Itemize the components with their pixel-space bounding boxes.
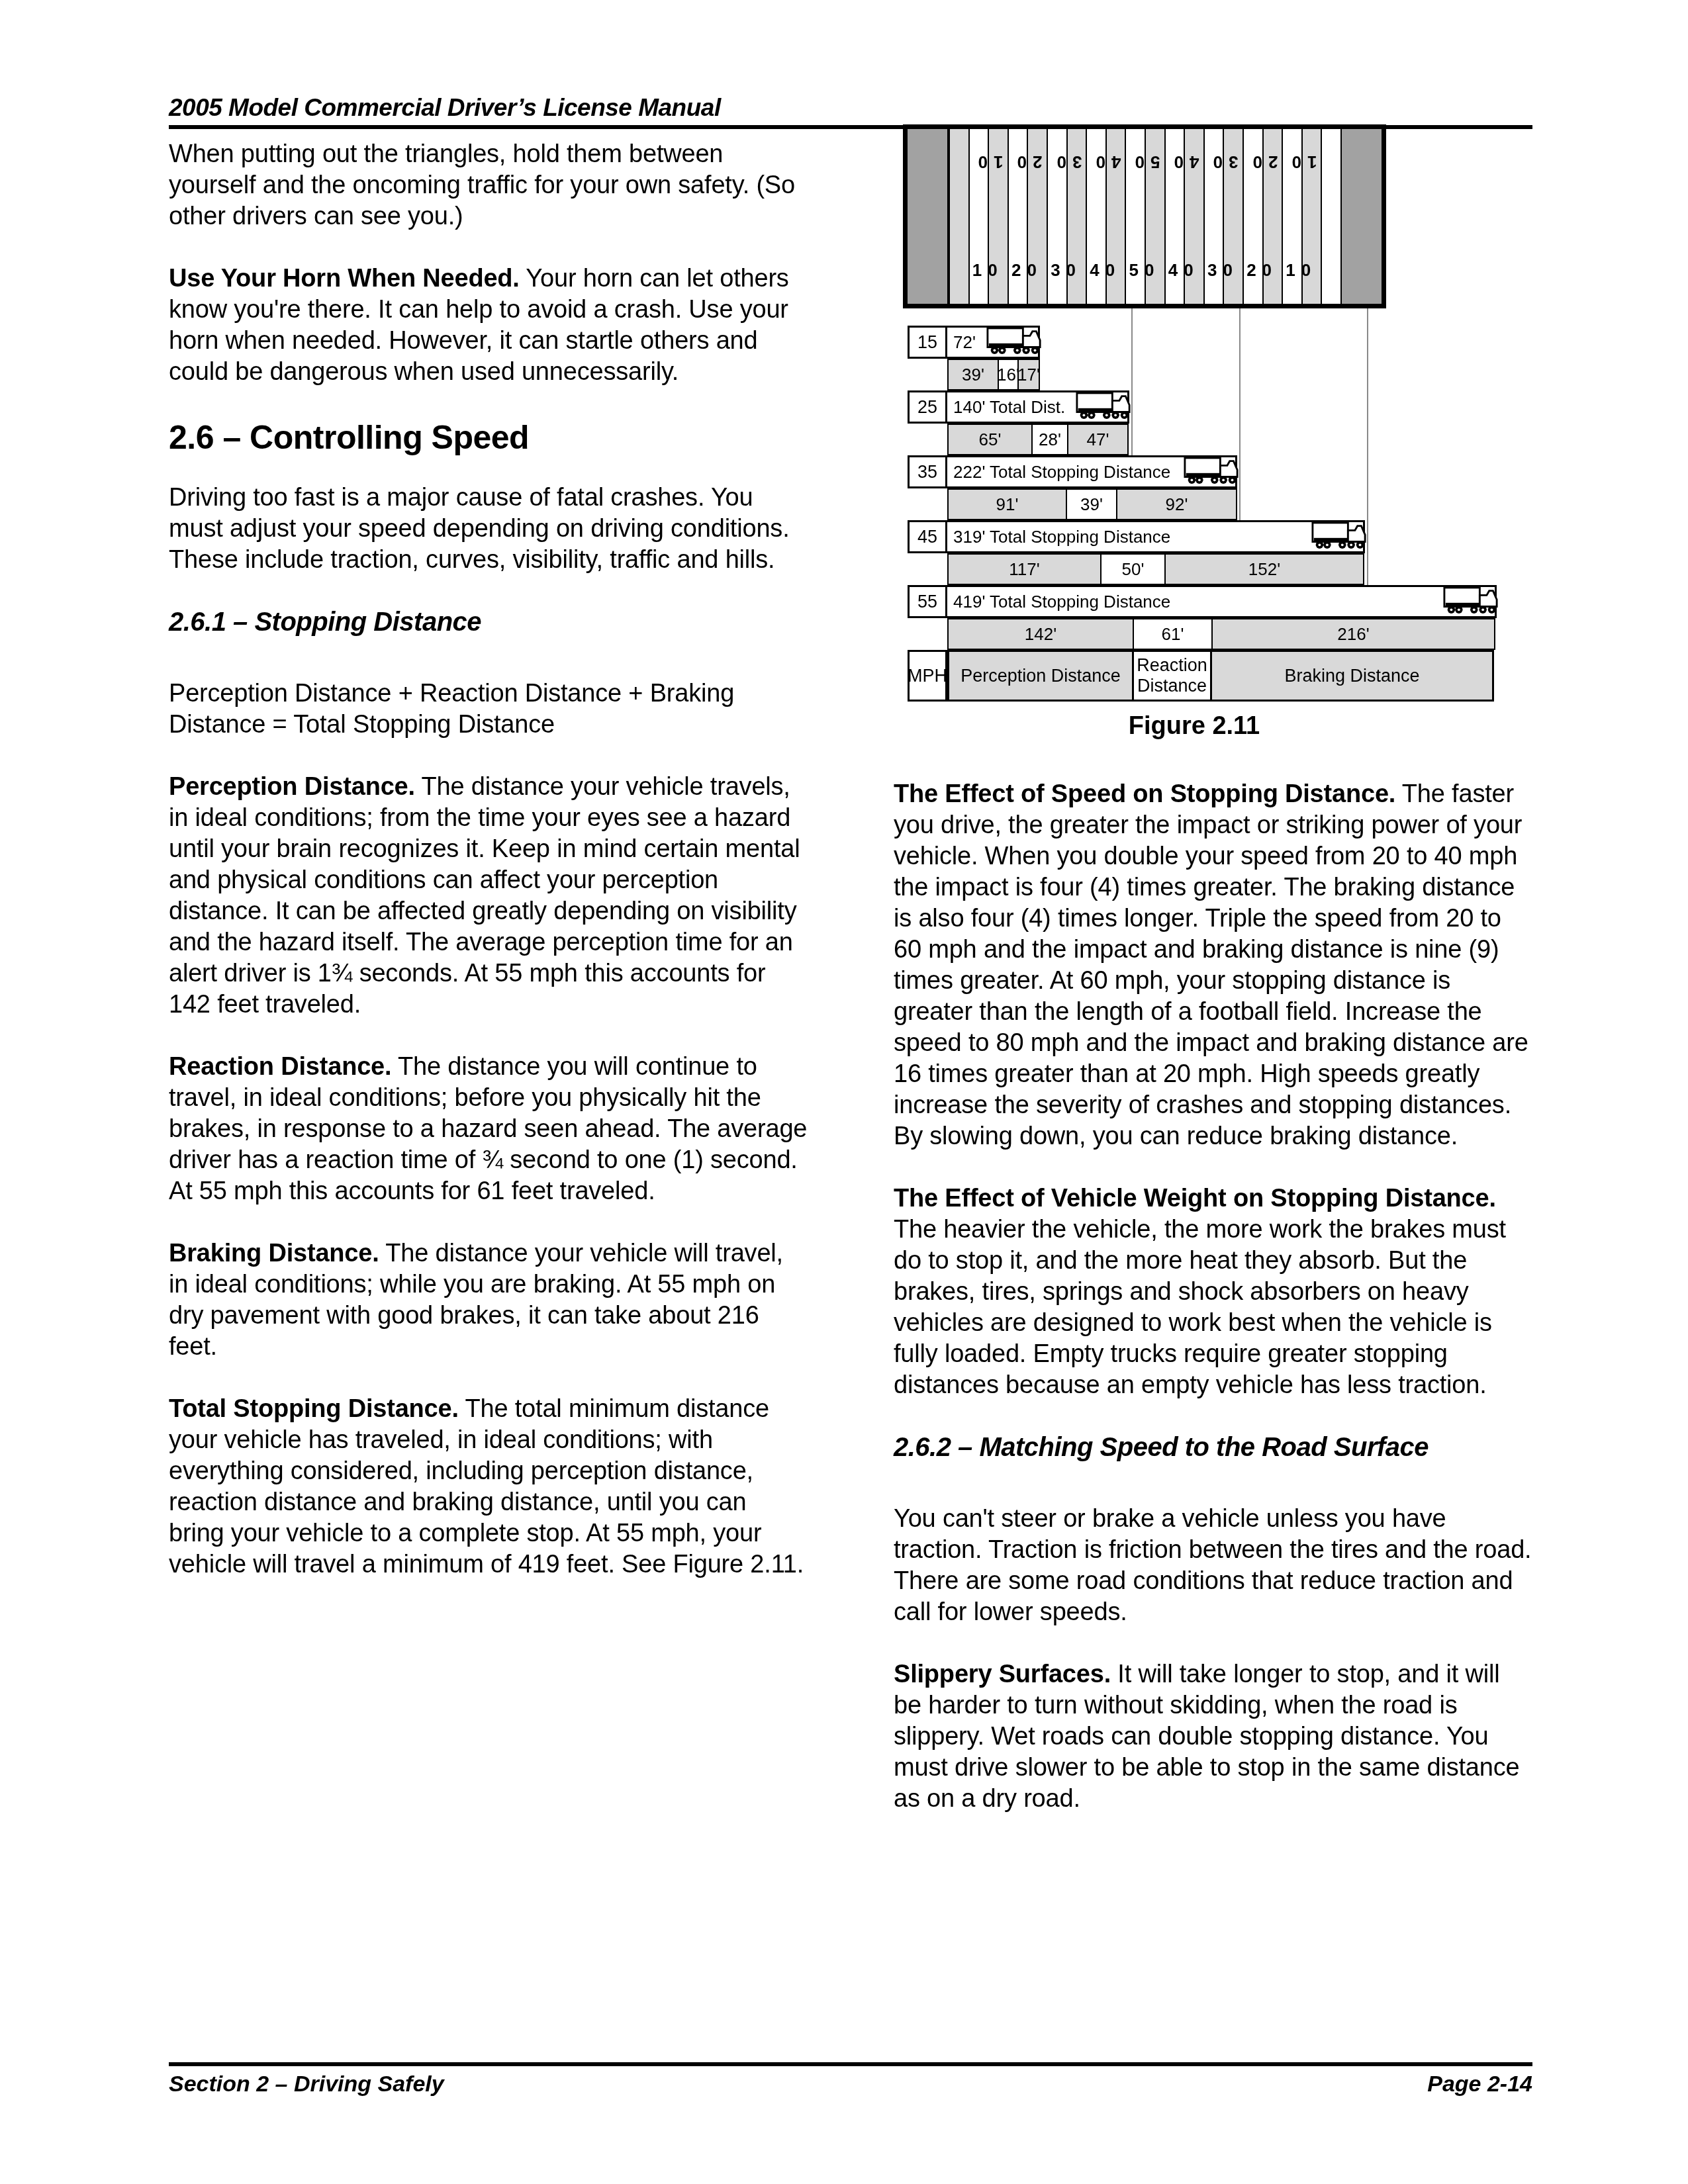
perception-lead: Perception Distance.: [169, 773, 415, 801]
page-title: 2005 Model Commercial Driver’s License M…: [169, 94, 1532, 122]
paragraph-braking: Braking Distance. The distance your vehi…: [169, 1238, 808, 1363]
yard-number: 40: [1168, 260, 1199, 281]
yard-number: 50: [1129, 152, 1160, 172]
segment-row: 117'50'152': [947, 553, 1504, 585]
truck-icon: [1311, 521, 1367, 550]
football-field: 102030405040302010 102030405040302010: [903, 124, 1386, 308]
segment-reaction: 50': [1100, 553, 1166, 585]
segment-braking: 216': [1211, 618, 1495, 650]
yard-number: 10: [1286, 152, 1317, 172]
slippery-lead: Slippery Surfaces.: [894, 1661, 1111, 1688]
total-distance-box: 319' Total Stopping Distance: [945, 520, 1365, 553]
heading-stopping-distance: 2.6.1 – Stopping Distance: [169, 607, 808, 637]
legend-reaction-distance: Reaction Distance: [1132, 650, 1212, 702]
segment-row: 65'28'47': [947, 424, 1504, 455]
speed-label: 45: [908, 520, 947, 553]
total-distance-row: 25140' Total Dist.: [908, 390, 1504, 424]
yard-number: 20: [1246, 152, 1278, 172]
segment-perception: 65': [947, 424, 1033, 455]
paragraph-slippery: Slippery Surfaces. It will take longer t…: [894, 1659, 1532, 1815]
speed-label: 15: [908, 326, 947, 359]
total-distance-box: 222' Total Stopping Distance: [945, 455, 1237, 488]
figure-legend: MPH Perception Distance Reaction Distanc…: [908, 650, 1504, 702]
speed-label: 55: [908, 585, 947, 618]
total-distance-box: 72': [945, 326, 1040, 359]
segment-reaction: 39': [1066, 488, 1117, 520]
footer-page-number: Page 2-14: [1427, 2071, 1532, 2097]
paragraph-reaction: Reaction Distance. The distance you will…: [169, 1052, 808, 1207]
weight-effect-body: The heavier the vehicle, the more work t…: [894, 1216, 1506, 1399]
total-distance-row: 1572': [908, 326, 1504, 359]
total-distance-label: 72': [953, 332, 976, 353]
truck-icon: [1184, 456, 1239, 485]
yard-numbers-bottom: 102030405040302010: [949, 260, 1340, 281]
paragraph-formula: Perception Distance + Reaction Distance …: [169, 678, 808, 741]
paragraph-traction: You can't steer or brake a vehicle unles…: [894, 1504, 1532, 1628]
total-distance-row: 45319' Total Stopping Distance: [908, 520, 1504, 553]
speed-effect-lead: The Effect of Speed on Stopping Distance…: [894, 780, 1395, 808]
paragraph-perception: Perception Distance. The distance your v…: [169, 772, 808, 1021]
braking-lead: Braking Distance.: [169, 1240, 379, 1267]
manual-page: 2005 Model Commercial Driver’s License M…: [0, 0, 1688, 2184]
paragraph-total-stopping: Total Stopping Distance. The total minim…: [169, 1394, 808, 1580]
segment-row: 91'39'92': [947, 488, 1504, 520]
reaction-lead: Reaction Distance.: [169, 1053, 391, 1081]
yard-number: 10: [1286, 260, 1317, 281]
segment-row: 39'16'17': [947, 359, 1504, 390]
yard-number: 50: [1129, 260, 1160, 281]
truck-icon: [986, 326, 1042, 355]
left-column: When putting out the triangles, hold the…: [169, 130, 808, 1846]
total-distance-label: 140' Total Dist.: [953, 397, 1065, 418]
yard-numbers-top: 102030405040302010: [949, 152, 1340, 173]
yard-number: 30: [1207, 152, 1239, 172]
yard-number: 40: [1168, 152, 1199, 172]
segment-reaction: 28': [1031, 424, 1068, 455]
segment-perception: 91': [947, 488, 1067, 520]
truck-icon: [1076, 391, 1131, 420]
legend-braking-distance: Braking Distance: [1210, 650, 1494, 702]
horn-lead: Use Your Horn When Needed.: [169, 265, 520, 293]
yard-number: 40: [1090, 260, 1121, 281]
yard-number: 30: [1051, 260, 1082, 281]
yard-number: 30: [1051, 152, 1082, 172]
segment-braking: 47': [1067, 424, 1129, 455]
weight-effect-lead: The Effect of Vehicle Weight on Stopping…: [894, 1185, 1496, 1212]
speed-label: 35: [908, 455, 947, 488]
page-footer: Section 2 – Driving Safely Page 2-14: [169, 2062, 1532, 2097]
segment-braking: 152': [1164, 553, 1364, 585]
heading-controlling-speed: 2.6 – Controlling Speed: [169, 419, 808, 456]
heading-matching-speed: 2.6.2 – Matching Speed to the Road Surfa…: [894, 1432, 1532, 1463]
yard-number: 10: [972, 152, 1004, 172]
legend-perception-distance: Perception Distance: [947, 650, 1134, 702]
total-distance-box: 419' Total Stopping Distance: [945, 585, 1497, 618]
right-column: 102030405040302010 102030405040302010 15…: [894, 130, 1532, 1846]
total-distance-row: 35222' Total Stopping Distance: [908, 455, 1504, 488]
endzone-right: [1342, 129, 1382, 304]
yard-number: 20: [1246, 260, 1278, 281]
segment-reaction: 16': [998, 359, 1019, 390]
stopping-distance-rows: 1572'39'16'17'25140' Total Dist.65'28'47…: [884, 326, 1504, 650]
segment-perception: 117': [947, 553, 1102, 585]
total-distance-label: 319' Total Stopping Distance: [953, 527, 1170, 547]
yard-number: 10: [972, 260, 1004, 281]
legend-mph: MPH: [908, 650, 947, 702]
yard-number: 30: [1207, 260, 1239, 281]
segment-perception: 142': [947, 618, 1134, 650]
total-distance-label: 419' Total Stopping Distance: [953, 592, 1170, 612]
paragraph-speed-effect: The Effect of Speed on Stopping Distance…: [894, 779, 1532, 1152]
segment-reaction: 61': [1133, 618, 1213, 650]
figure-2-11: 102030405040302010 102030405040302010 15…: [884, 124, 1504, 741]
total-lead: Total Stopping Distance.: [169, 1395, 459, 1423]
paragraph-controlling-speed: Driving too fast is a major cause of fat…: [169, 482, 808, 576]
speed-effect-body: The faster you drive, the greater the im…: [894, 780, 1528, 1150]
figure-caption: Figure 2.11: [884, 712, 1504, 741]
endzone-left: [908, 129, 947, 304]
playing-field: 102030405040302010 102030405040302010: [947, 129, 1342, 304]
segment-row: 142'61'216': [947, 618, 1504, 650]
yard-number: 40: [1090, 152, 1121, 172]
total-distance-box: 140' Total Dist.: [945, 390, 1129, 424]
total-distance-label: 222' Total Stopping Distance: [953, 462, 1170, 482]
yard-number: 20: [1011, 260, 1043, 281]
perception-body: The distance your vehicle travels, in id…: [169, 773, 800, 1019]
footer-section-label: Section 2 – Driving Safely: [169, 2071, 444, 2097]
speed-label: 25: [908, 390, 947, 424]
paragraph-triangles: When putting out the triangles, hold the…: [169, 139, 808, 232]
paragraph-weight-effect: The Effect of Vehicle Weight on Stopping…: [894, 1183, 1532, 1401]
total-distance-row: 55419' Total Stopping Distance: [908, 585, 1504, 618]
paragraph-horn: Use Your Horn When Needed. Your horn can…: [169, 263, 808, 388]
two-column-body: When putting out the triangles, hold the…: [169, 130, 1532, 1846]
segment-braking: 17': [1017, 359, 1040, 390]
segment-braking: 92': [1116, 488, 1237, 520]
segment-perception: 39': [947, 359, 999, 390]
truck-icon: [1443, 586, 1499, 615]
yard-number: 20: [1011, 152, 1043, 172]
